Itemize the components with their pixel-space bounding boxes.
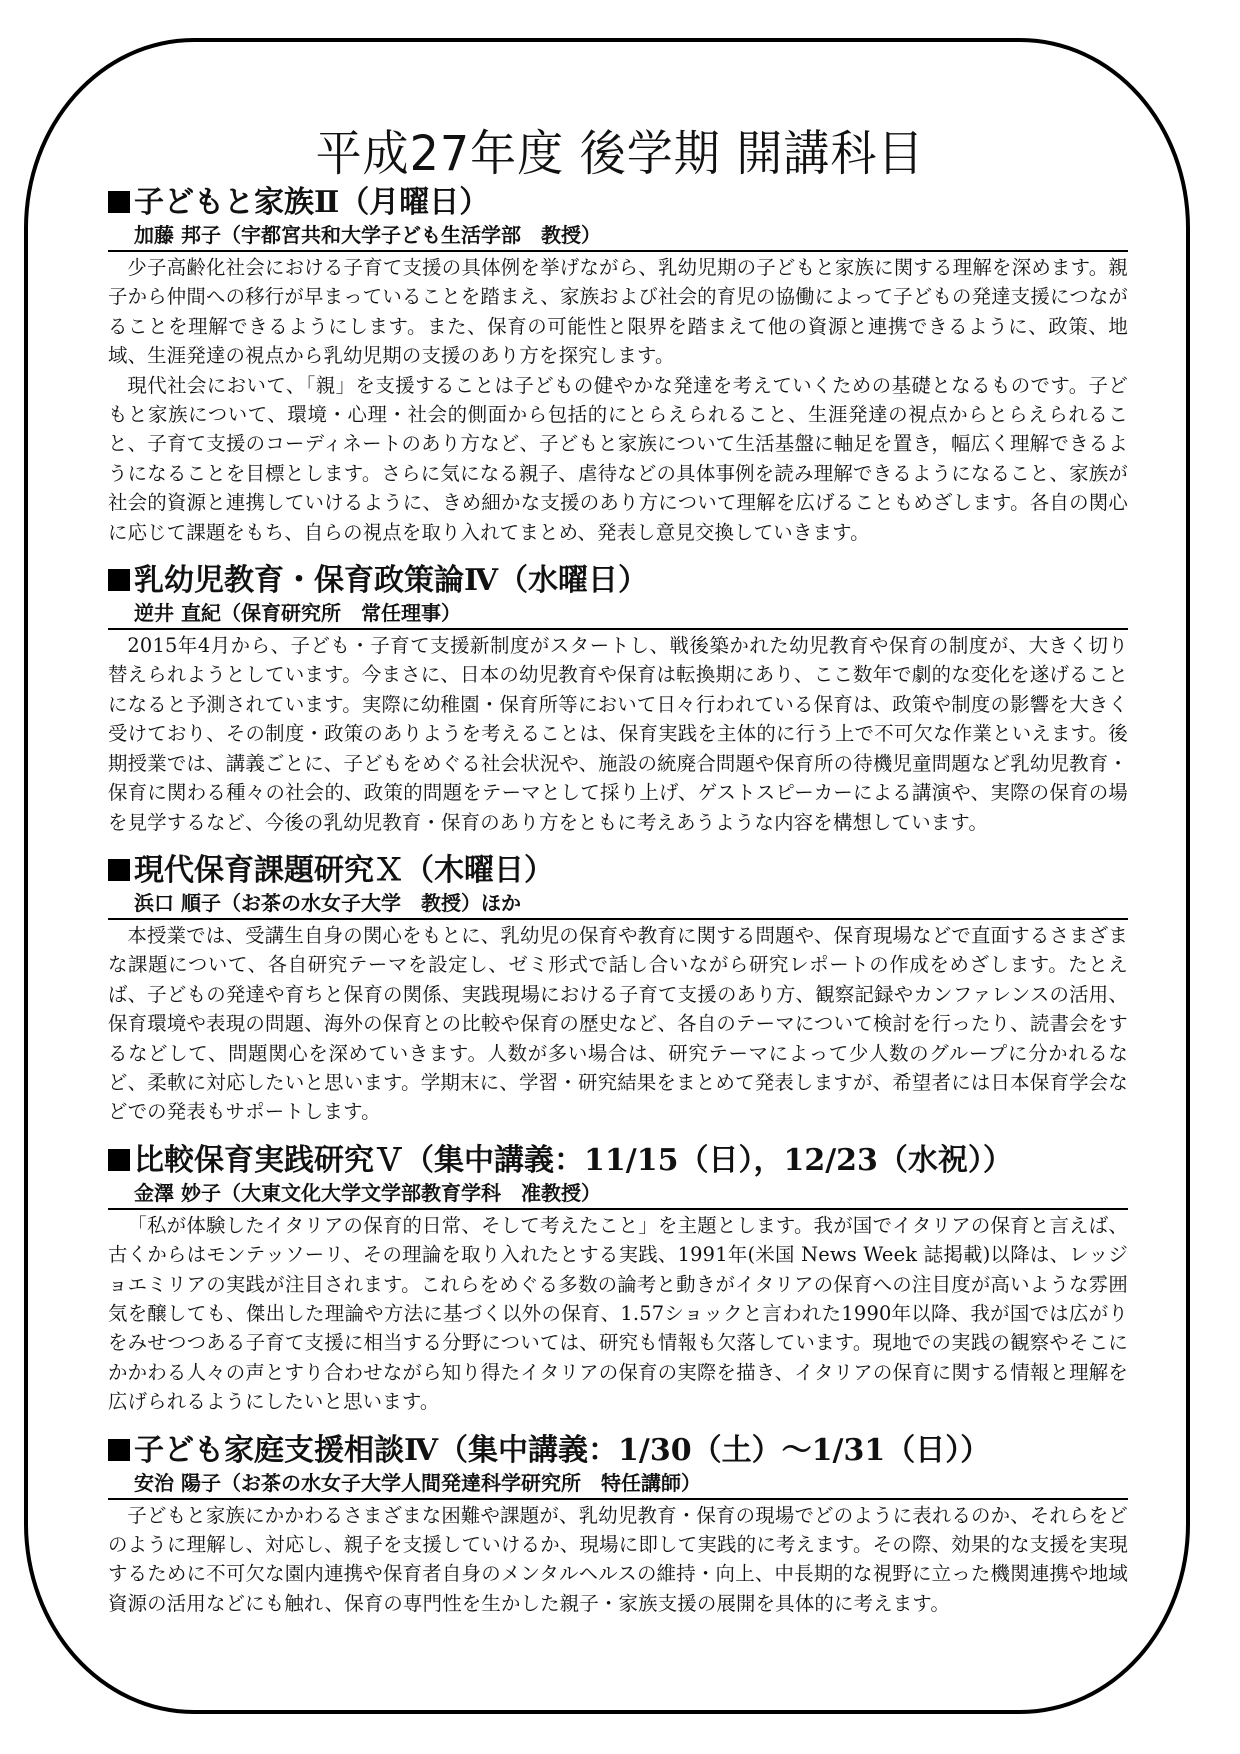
course-title: 比較保育実践研究Ｖ（集中講義：11/15（日），12/23（水祝））	[108, 1142, 1128, 1180]
instructor-line: 加藤 邦子（宇都宮共和大学子ども生活学部 教授）	[108, 222, 1128, 252]
course-section: 現代保育課題研究Ｘ（木曜日） 浜口 順子（お茶の水女子大学 教授）ほか 本授業で…	[108, 852, 1128, 1127]
course-section: 子どもと家族Ⅱ（月曜日） 加藤 邦子（宇都宮共和大学子ども生活学部 教授） 少子…	[108, 184, 1128, 547]
page-title: 平成27年度 後学期 開講科目	[0, 115, 1240, 184]
description-paragraph: 2015年4月から、子ども・子育て支援新制度がスタートし、戦後築かれた幼児教育や…	[108, 631, 1128, 837]
description-paragraph: 少子高齢化社会における子育て支援の具体例を挙げながら、乳幼児期の子どもと家族に関…	[108, 253, 1128, 371]
instructor-line: 逆井 直紀（保育研究所 常任理事）	[108, 600, 1128, 630]
square-bullet-icon	[108, 859, 130, 881]
course-section: 子ども家庭支援相談Ⅳ（集中講義：1/30（土）～1/31（日）） 安治 陽子（お…	[108, 1432, 1128, 1619]
course-title-text: 子どもと家族Ⅱ（月曜日）	[134, 185, 489, 220]
instructor-line: 金澤 妙子（大東文化大学文学部教育学科 准教授）	[108, 1180, 1128, 1210]
course-description: 少子高齢化社会における子育て支援の具体例を挙げながら、乳幼児期の子どもと家族に関…	[108, 253, 1128, 547]
course-title: 子ども家庭支援相談Ⅳ（集中講義：1/30（土）～1/31（日））	[108, 1432, 1128, 1470]
course-list: 子どもと家族Ⅱ（月曜日） 加藤 邦子（宇都宮共和大学子ども生活学部 教授） 少子…	[108, 184, 1128, 1633]
description-paragraph: 子どもと家族にかかわるさまざまな困難や課題が、乳幼児教育・保育の現場でどのように…	[108, 1501, 1128, 1619]
square-bullet-icon	[108, 1439, 130, 1461]
course-title-text: 比較保育実践研究Ｖ（集中講義：11/15（日），12/23（水祝））	[134, 1143, 1013, 1178]
course-title: 子どもと家族Ⅱ（月曜日）	[108, 184, 1128, 222]
description-paragraph: 「私が体験したイタリアの保育的日常、そして考えたこと」を主題とします。我が国でイ…	[108, 1211, 1128, 1417]
course-description: 子どもと家族にかかわるさまざまな困難や課題が、乳幼児教育・保育の現場でどのように…	[108, 1501, 1128, 1619]
course-title: 乳幼児教育・保育政策論Ⅳ（水曜日）	[108, 562, 1128, 600]
instructor-line: 安治 陽子（お茶の水女子大学人間発達科学研究所 特任講師）	[108, 1470, 1128, 1500]
course-title-text: 現代保育課題研究Ｘ（木曜日）	[134, 853, 554, 888]
course-title: 現代保育課題研究Ｘ（木曜日）	[108, 852, 1128, 890]
instructor-line: 浜口 順子（お茶の水女子大学 教授）ほか	[108, 890, 1128, 920]
course-description: 「私が体験したイタリアの保育的日常、そして考えたこと」を主題とします。我が国でイ…	[108, 1211, 1128, 1417]
description-paragraph: 本授業では、受講生自身の関心をもとに、乳幼児の保育や教育に関する問題や、保育現場…	[108, 921, 1128, 1127]
course-section: 乳幼児教育・保育政策論Ⅳ（水曜日） 逆井 直紀（保育研究所 常任理事） 2015…	[108, 562, 1128, 837]
square-bullet-icon	[108, 569, 130, 591]
course-section: 比較保育実践研究Ｖ（集中講義：11/15（日），12/23（水祝）） 金澤 妙子…	[108, 1142, 1128, 1417]
course-description: 2015年4月から、子ども・子育て支援新制度がスタートし、戦後築かれた幼児教育や…	[108, 631, 1128, 837]
course-title-text: 乳幼児教育・保育政策論Ⅳ（水曜日）	[134, 563, 648, 598]
description-paragraph: 現代社会において、「親」を支援することは子どもの健やかな発達を考えていくための基…	[108, 371, 1128, 547]
course-title-text: 子ども家庭支援相談Ⅳ（集中講義：1/30（土）～1/31（日））	[134, 1433, 990, 1468]
course-description: 本授業では、受講生自身の関心をもとに、乳幼児の保育や教育に関する問題や、保育現場…	[108, 921, 1128, 1127]
square-bullet-icon	[108, 191, 130, 213]
square-bullet-icon	[108, 1149, 130, 1171]
